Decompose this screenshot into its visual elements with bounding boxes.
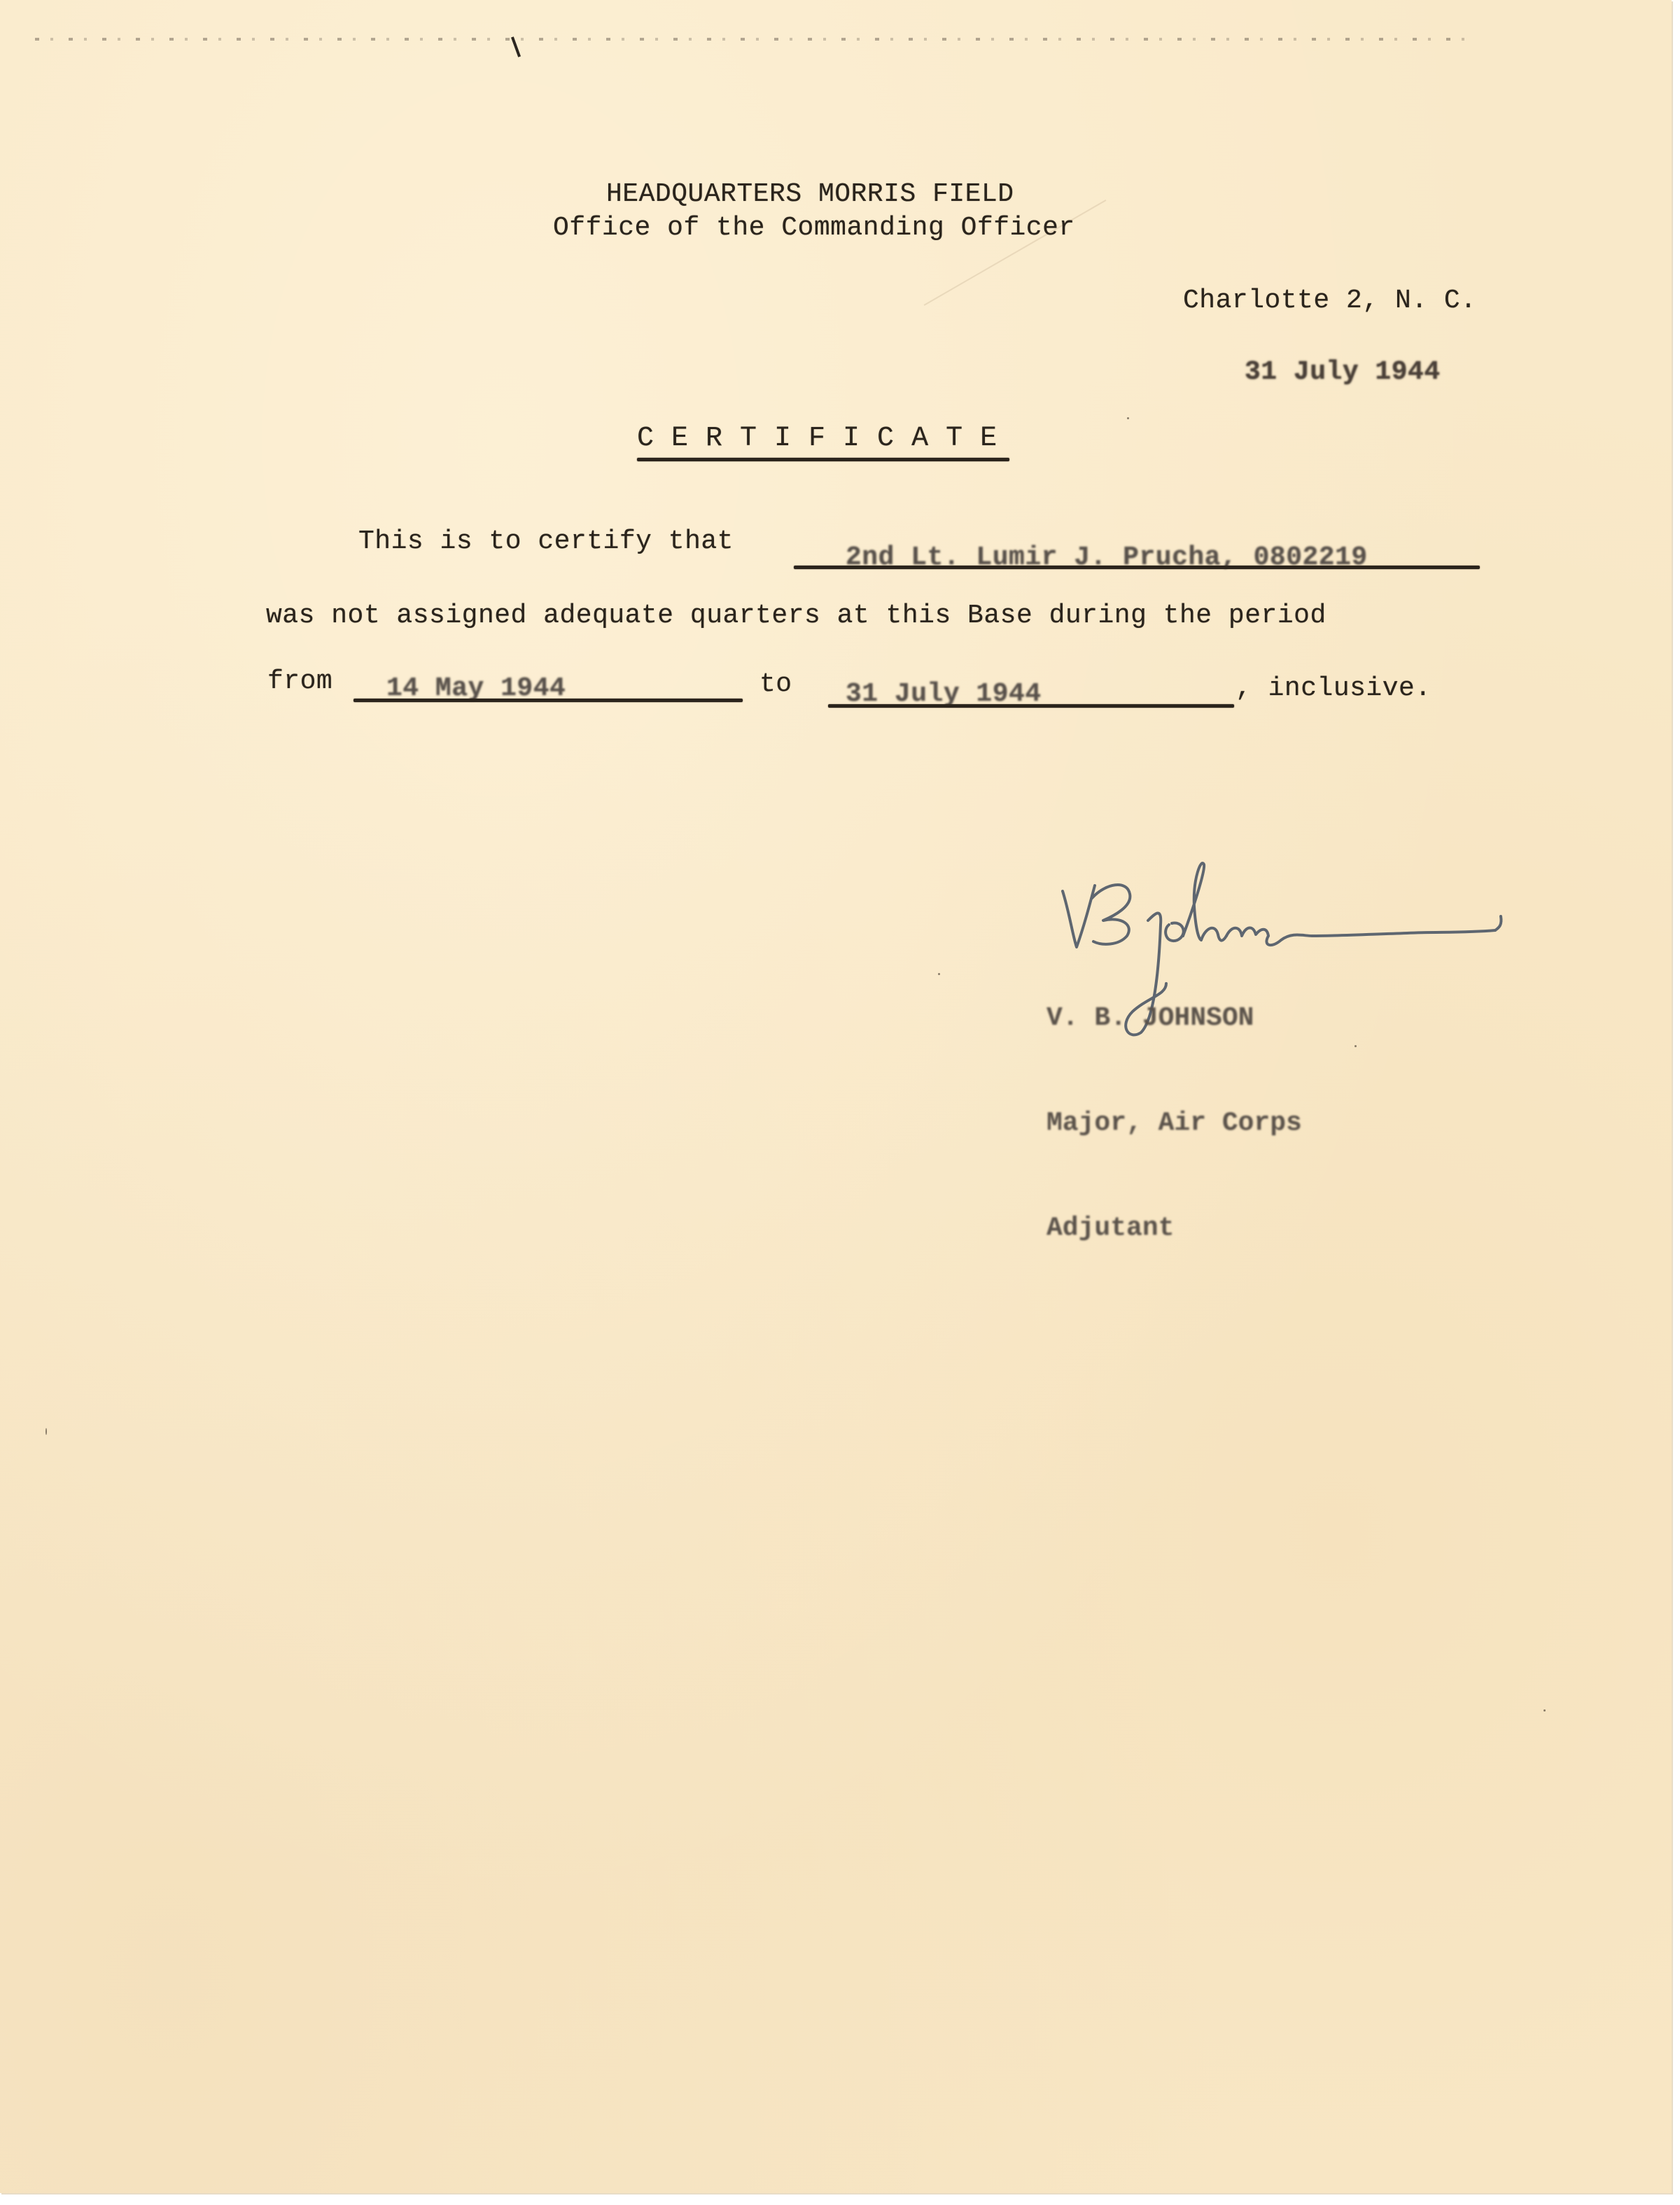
signer-rank: Major, Air Corps [1046,1106,1302,1141]
officer-name-underline [794,566,1480,569]
certificate-title: C E R T I F I C A T E [637,423,997,454]
signer-position: Adjutant [1046,1211,1302,1246]
document-page: HEADQUARTERS MORRIS FIELD Office of the … [0,0,1672,2193]
paper-speck [1543,1709,1546,1711]
signature-block: V. B. JOHNSON Major, Air Corps Adjutant [1046,931,1302,1316]
letterhead-subtitle: Office of the Commanding Officer [553,213,1075,243]
letterhead-title: HEADQUARTERS MORRIS FIELD [606,179,1014,209]
paper-speck [1354,1045,1357,1047]
paper-speck [1127,417,1129,419]
from-label: from [267,666,332,696]
signer-name: V. B. JOHNSON [1046,1001,1302,1036]
document-date: 31 July 1944 [1245,357,1441,387]
title-underline [637,458,1009,461]
to-date-underline [828,704,1234,708]
paper-speck [938,973,940,975]
body-line-2: was not assigned adequate quarters at th… [266,601,1326,631]
top-edge-artifacts [35,38,1470,41]
closing-text: , inclusive. [1235,673,1431,703]
body-intro: This is to certify that [358,526,734,556]
from-date-underline [353,699,743,702]
paper-speck [45,1428,47,1435]
to-label: to [759,669,792,699]
location: Charlotte 2, N. C. [1183,286,1476,316]
